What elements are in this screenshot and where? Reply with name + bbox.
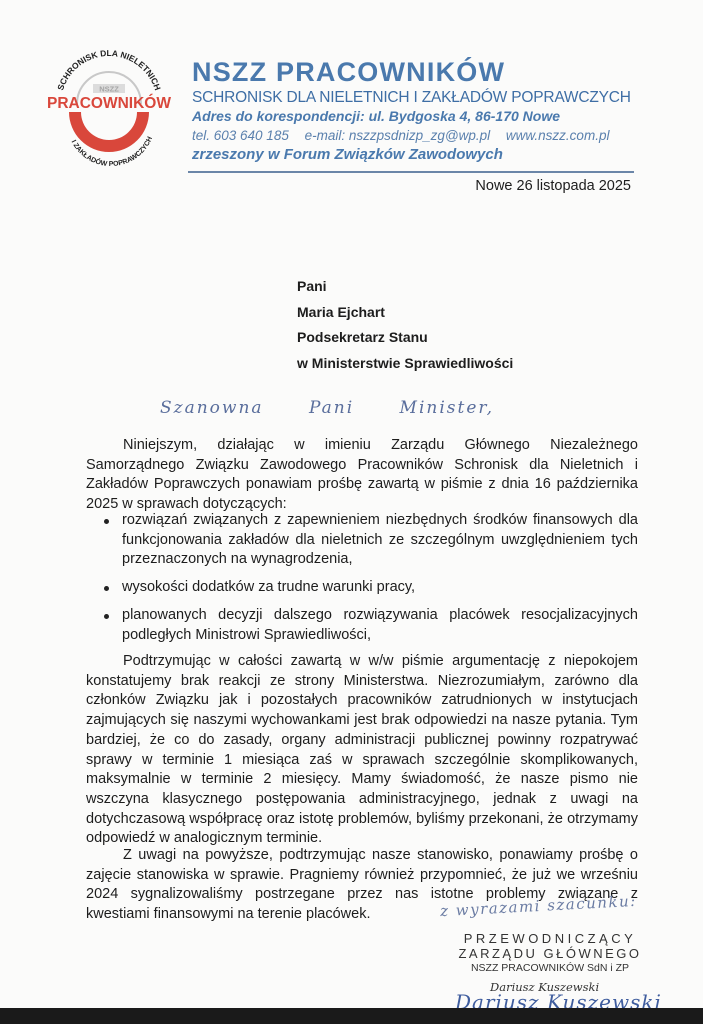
handwritten-salutation: Szanowna Pani Minister, xyxy=(160,398,494,418)
svg-text:NSZZ: NSZZ xyxy=(99,85,119,94)
email-address: e-mail: nszzpsdnizp_zg@wp.pl xyxy=(305,128,491,143)
addressee-block: Pani Maria Ejchart Podsekretarz Stanu w … xyxy=(297,278,513,380)
union-logo-emblem-icon: NSZZ SCHRONISK DLA NIELETNICH PRACOWNIKÓ… xyxy=(33,40,183,168)
bullet-icon xyxy=(104,614,109,619)
phone-number: tel. 603 640 185 xyxy=(192,128,289,143)
paragraph-intro: Niniejszym, działając w imieniu Zarządu … xyxy=(86,436,638,515)
addressee-salutation: Pani xyxy=(297,278,513,304)
addressee-ministry: w Ministerstwie Sprawiedliwości xyxy=(297,355,513,381)
addressee-position: Podsekretarz Stanu xyxy=(297,329,513,355)
paragraph-argument: Podtrzymując w całości zawartą w w/w piś… xyxy=(86,652,638,849)
request-list: rozwiązań związanych z zapewnieniem niez… xyxy=(98,511,638,653)
list-item: rozwiązań związanych z zapewnieniem niez… xyxy=(98,511,638,570)
list-item: wysokości dodatków za trudne warunki pra… xyxy=(98,578,638,598)
stamp-title: PRZEWODNICZĄCY xyxy=(450,931,650,946)
header-divider xyxy=(188,171,634,173)
correspondence-address: Adres do korespondencji: ul. Bydgoska 4,… xyxy=(192,107,672,126)
scan-background-edge xyxy=(0,1008,703,1024)
svg-text:PRACOWNIKÓW: PRACOWNIKÓW xyxy=(47,94,171,112)
stamp-organization: NSZZ PRACOWNIKÓW SdN i ZP xyxy=(450,961,650,975)
union-logo: NSZZ SCHRONISK DLA NIELETNICH PRACOWNIKÓ… xyxy=(33,40,183,168)
letter-page: NSZZ SCHRONISK DLA NIELETNICH PRACOWNIKÓ… xyxy=(0,0,703,1010)
contact-line: tel. 603 640 185 e-mail: nszzpsdnizp_zg@… xyxy=(192,126,672,145)
letter-date: Nowe 26 listopada 2025 xyxy=(475,178,631,194)
stamp-board: ZARZĄDU GŁÓWNEGO xyxy=(450,946,650,961)
affiliation-text: zrzeszony w Forum Związków Zawodowych xyxy=(192,145,672,165)
addressee-name: Maria Ejchart xyxy=(297,304,513,330)
list-item: planowanych decyzji dalszego rozwiązywan… xyxy=(98,606,638,645)
bullet-icon xyxy=(104,519,109,524)
organization-subtitle: SCHRONISK DLA NIELETNICH I ZAKŁADÓW POPR… xyxy=(192,88,672,107)
signature-stamp: PRZEWODNICZĄCY ZARZĄDU GŁÓWNEGO NSZZ PRA… xyxy=(450,931,650,975)
website-link: www.nszz.com.pl xyxy=(506,128,610,143)
bullet-icon xyxy=(104,586,109,591)
letterhead: NSZZ PRACOWNIKÓW SCHRONISK DLA NIELETNIC… xyxy=(192,57,672,165)
organization-title: NSZZ PRACOWNIKÓW xyxy=(192,57,672,87)
